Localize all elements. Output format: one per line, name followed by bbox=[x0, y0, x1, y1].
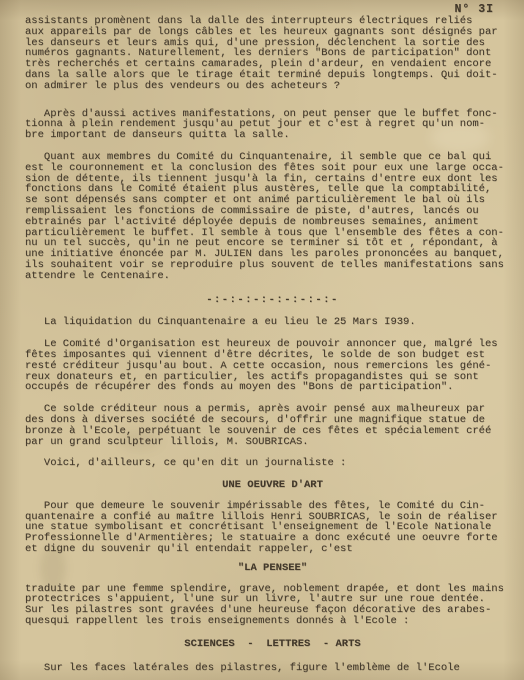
para-pour-que: Pour que demeure le souvenir impérissabl… bbox=[25, 501, 520, 555]
para-liquidation: La liquidation du Cinquantenaire a eu li… bbox=[25, 317, 520, 328]
heading-pensee: "LA PENSEE" bbox=[25, 563, 520, 574]
para-voici: Voici, d'ailleurs, ce qu'en dit un journ… bbox=[25, 458, 520, 469]
text-line: Sur les faces latérales des pilastres, f… bbox=[25, 663, 520, 674]
text-line: La liquidation du Cinquantenaire a eu li… bbox=[25, 317, 520, 328]
text-line: est le couronnement et la conclusion des… bbox=[25, 163, 520, 174]
text-line: ebtrainés par l'activité déployée depuis… bbox=[25, 217, 520, 228]
text-line: on admirer le plus des vendeurs ou des a… bbox=[25, 81, 520, 92]
para-tombola: assistants promènent dans la dalle des i… bbox=[25, 16, 520, 92]
text-line: et digne du souvenir qu'il entendait rap… bbox=[25, 544, 520, 555]
text-line: par un grand sculpteur lillois, M. SOUBR… bbox=[25, 437, 520, 448]
text-line: quesqui rappellent les trois enseignemen… bbox=[25, 616, 520, 627]
text-line: Voici, d'ailleurs, ce qu'en dit un journ… bbox=[25, 458, 520, 469]
para-faces: Sur les faces latérales des pilastres, f… bbox=[25, 663, 520, 674]
heading-sciences: SCIENCES - LETTRES - ARTS bbox=[25, 639, 520, 650]
text-line: aux appareils par de longs câbles et les… bbox=[25, 27, 520, 38]
text-line: bre important de danseurs quitta la sall… bbox=[25, 130, 520, 141]
para-solde: Ce solde créditeur nous a permis, après … bbox=[25, 404, 520, 447]
text-line: occupés de récupérer des fonds au moyen … bbox=[25, 382, 520, 393]
text-line: attendre le Centenaire. bbox=[25, 271, 520, 282]
para-buffet: Après d'aussi actives manifestations, on… bbox=[25, 109, 520, 141]
para-organisation: Le Comité d'Organisation est heureux de … bbox=[25, 339, 520, 393]
separator: -:-:-:-:-:-:-:-:- bbox=[25, 295, 520, 306]
text-line: resté créditeur jusqu'au bout. A cette o… bbox=[25, 361, 520, 372]
para-traduite: traduite par une femme splendire, grave,… bbox=[25, 584, 520, 627]
scanned-page: N° 3I assistants promènent dans la dalle… bbox=[0, 0, 524, 680]
heading-oeuvre: UNE OEUVRE D'ART bbox=[25, 480, 520, 491]
text-line: bronze à l'Ecole, perpétuant le souvenir… bbox=[25, 426, 520, 437]
para-comite: Quant aux membres du Comité du Cinquante… bbox=[25, 152, 520, 282]
document-body: assistants promènent dans la dalle des i… bbox=[25, 16, 520, 673]
